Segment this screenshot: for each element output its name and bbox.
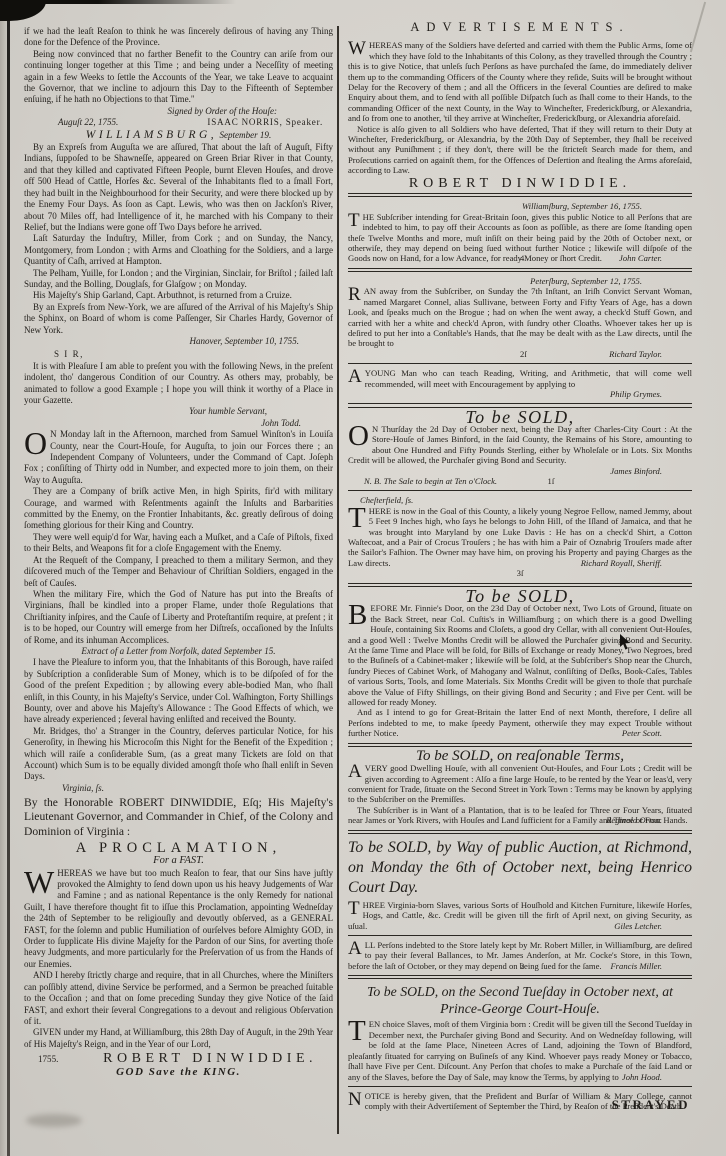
right-text: ROBERT DINWIDDIE. — [103, 1053, 317, 1064]
section-rule — [348, 830, 692, 834]
left-text: Auguſt 22, 1755. — [58, 117, 118, 128]
drop-cap: R — [348, 286, 364, 302]
fee-mark: 2 — [520, 961, 524, 971]
drop-cap: O — [24, 429, 50, 457]
drop-cap: T — [348, 1019, 369, 1044]
fast-subheading: For a FAST. — [24, 855, 333, 866]
drop-cap: B — [348, 603, 370, 628]
paragraph: WHEREAS we have but too much Reaſon to f… — [24, 868, 333, 971]
paragraph: The Pelham, Yuille, for London ; and the… — [24, 268, 333, 291]
paragraph: ON Monday laſt in the Afternoon, marched… — [24, 429, 333, 486]
paragraph: Being now convinced that no farther Bene… — [24, 49, 333, 106]
ad-heading: To be SOLD, — [348, 591, 692, 601]
signature-text: Francis Miller. — [610, 961, 662, 971]
section-rule — [348, 935, 692, 936]
paragraph: if we had the leaſt Reaſon to think he w… — [24, 26, 333, 49]
paragraph-text: HEREAS many of the Soldiers have deſerte… — [348, 40, 692, 123]
signature-text: John Carter. — [619, 253, 662, 263]
signature: Your humble Servant, — [24, 406, 333, 417]
salutation: S I R, — [24, 349, 333, 360]
ad-heading: To be SOLD, — [348, 412, 692, 422]
ad-signature: John Hood. — [348, 1072, 692, 1082]
paragraph-text: YOUNG Man who can teach Reading, Writing… — [365, 368, 692, 388]
section-rule — [348, 975, 692, 979]
drop-cap: T — [348, 900, 363, 916]
dateline: Peterſburg, September 12, 1755. — [348, 276, 692, 286]
section-rule — [348, 268, 692, 272]
ad-signature: Peter Scott. — [348, 728, 692, 738]
city-name: WILLIAMSBURG, — [86, 129, 217, 141]
ad-heading: To be SOLD, by Way of public Auction, at… — [348, 838, 692, 898]
advertisements-heading: ADVERTISEMENTS. — [348, 22, 692, 32]
ad-signature: Philip Grymes. — [348, 389, 692, 399]
paragraph: They are a Company of briſk active Men, … — [24, 486, 333, 532]
paragraph: GIVEN under my Hand, at Williamſburg, th… — [24, 1027, 333, 1050]
paragraph: At the Requeſt of the Company, I preache… — [24, 555, 333, 589]
ad-signature: Giles Letcher. — [348, 921, 692, 931]
paragraph: By an Expreſs from New-York, we are aſſu… — [24, 302, 333, 336]
right-text: ISAAC NORRIS, Speaker. — [207, 117, 323, 128]
paragraph: Mr. Bridges, tho' a Stranger in the Coun… — [24, 726, 333, 783]
newspaper-page: if we had the leaſt Reaſon to think he w… — [0, 0, 726, 1156]
paragraph: I have the Pleaſure to inform you, that … — [24, 657, 333, 725]
governor-style-line: By the Honorable ROBERT DINWIDDIE, Eſq; … — [24, 796, 333, 839]
dateline: Williamſburg, September 16, 1755. — [348, 201, 692, 211]
extract-heading: Extract of a Letter from Norfolk, dated … — [24, 646, 333, 657]
drop-cap: W — [24, 868, 57, 896]
scan-corner-blot — [0, 0, 46, 21]
paragraph: Laſt Saturday the Induſtry, Miller, from… — [24, 233, 333, 267]
paragraph-text: N Thurſday the 2d Day of October next, b… — [348, 424, 692, 465]
signed-by-line: Signed by Order of the Houſe: — [24, 106, 333, 117]
dinwiddie-signature: ROBERT DINWIDDIE. — [348, 179, 692, 189]
left-text: 1755. — [38, 1054, 58, 1065]
scan-top-edge — [24, 0, 236, 4]
signature-text: Peter Scott. — [622, 728, 662, 738]
paragraph: BEFORE Mr. Finnie's Door, on the 23d Day… — [348, 603, 692, 707]
section-rule — [348, 363, 692, 364]
ad-signature: Richard Royall, Sheriff. — [348, 558, 692, 568]
paragraph: WHEREAS many of the Soldiers have deſert… — [348, 40, 692, 123]
ad-signature: 4John Carter. — [348, 253, 692, 263]
paragraph-text: EFORE Mr. Finnie's Door, on the 23d Day … — [348, 603, 692, 707]
paragraph: By an Expreſs from Auguſta we are aſſure… — [24, 142, 333, 233]
nb-line: N. B. The Sale to begin at Ten o'Clock.1… — [348, 476, 692, 486]
paragraph: They were well equip'd for War, having e… — [24, 532, 333, 555]
paragraph-text: HEREAS we have but too much Reaſon to fe… — [24, 868, 333, 969]
paragraph-text: N Monday laſt in the Afternoon, marched … — [24, 429, 333, 485]
ad-signature: Reginald Orton. — [348, 815, 692, 825]
ad-heading: To be SOLD, on reaſonable Terms, — [348, 751, 692, 761]
signature-line: 1755.ROBERT DINWIDDIE. — [24, 1053, 333, 1065]
section-rule — [348, 743, 692, 747]
paragraph: His Majeſty's Ship Garland, Capt. Arbuth… — [24, 290, 333, 301]
paragraph: AYOUNG Man who can teach Reading, Writin… — [348, 368, 692, 389]
paragraph-text: VERY good Dwelling Houſe, with all conve… — [348, 763, 692, 804]
paragraph: AVERY good Dwelling Houſe, with all conv… — [348, 763, 692, 805]
fee-mark: 3ſ — [348, 568, 692, 578]
drop-cap: A — [348, 940, 365, 956]
paragraph: Notice is alſo given to all Soldiers who… — [348, 124, 692, 176]
scan-edge-line — [7, 0, 10, 1156]
drop-cap: T — [348, 212, 363, 228]
paragraph: When the military Fire, which the God of… — [24, 589, 333, 646]
fee-mark: 4 — [520, 253, 524, 263]
signature-text: Richard Taylor. — [609, 349, 662, 359]
mouse-cursor — [619, 634, 631, 651]
left-column: if we had the leaſt Reaſon to think he w… — [24, 26, 333, 1152]
dateline-heading: WILLIAMSBURG, September 19. — [24, 130, 333, 141]
signature-text: John Hood. — [622, 1072, 662, 1082]
signature-text: James Binford. — [610, 466, 662, 476]
scan-crease — [690, 2, 706, 53]
proclamation-heading: A PROCLAMATION, — [24, 843, 333, 854]
paragraph: RAN away from the Subſcriber, on Sunday … — [348, 286, 692, 348]
drop-cap: N — [348, 1091, 365, 1107]
column-divider-rule — [337, 26, 339, 1134]
signature-line: Auguſt 22, 1755.ISAAC NORRIS, Speaker. — [24, 117, 333, 128]
nb-text: N. B. The Sale to begin at Ten o'Clock. — [364, 476, 497, 486]
signature: John Todd. — [24, 418, 333, 429]
section-rule — [348, 1086, 692, 1087]
section-rule — [348, 490, 692, 491]
section-rule — [348, 193, 692, 197]
paragraph: It is with Pleaſure I am able to preſent… — [24, 361, 333, 407]
signature-text: Richard Royall, Sheriff. — [581, 558, 662, 568]
drop-cap: A — [348, 763, 365, 779]
signature-text: Philip Grymes. — [610, 389, 662, 399]
drop-cap: T — [348, 506, 369, 531]
signature-text: Reginald Orton. — [606, 815, 662, 825]
fee-mark: 2ſ — [520, 349, 527, 359]
paragraph: AND I hereby ſtrictly charge and require… — [24, 970, 333, 1027]
drop-cap: W — [348, 40, 369, 56]
drop-cap: O — [348, 424, 372, 449]
ad-signature: 2ſRichard Taylor. — [348, 349, 692, 359]
ad-heading: To be SOLD, on the Second Tueſday in Oct… — [348, 983, 692, 1017]
city-date: September 19. — [219, 130, 271, 140]
fee-mark: 1ſ — [548, 476, 555, 486]
god-save-king-line: GOD Save the KING. — [24, 1067, 333, 1078]
signature-text: Giles Letcher. — [614, 921, 662, 931]
jurisdiction-line: Virginia, ſs. — [24, 783, 333, 794]
paragraph-text: AN away from the Subſcriber, on Sunday t… — [348, 286, 692, 348]
ad-signature: 2Francis Miller. — [348, 961, 692, 971]
dateline: Hanover, September 10, 1755. — [24, 336, 333, 347]
paragraph: ON Thurſday the 2d Day of October next, … — [348, 424, 692, 466]
scan-edge-shade — [0, 0, 7, 1156]
ad-signature: James Binford. — [348, 466, 692, 476]
right-column: ADVERTISEMENTS.WHEREAS many of the Soldi… — [348, 16, 692, 1152]
drop-cap: A — [348, 368, 365, 384]
jurisdiction-line: Cheſterfield, ſs. — [348, 495, 692, 505]
